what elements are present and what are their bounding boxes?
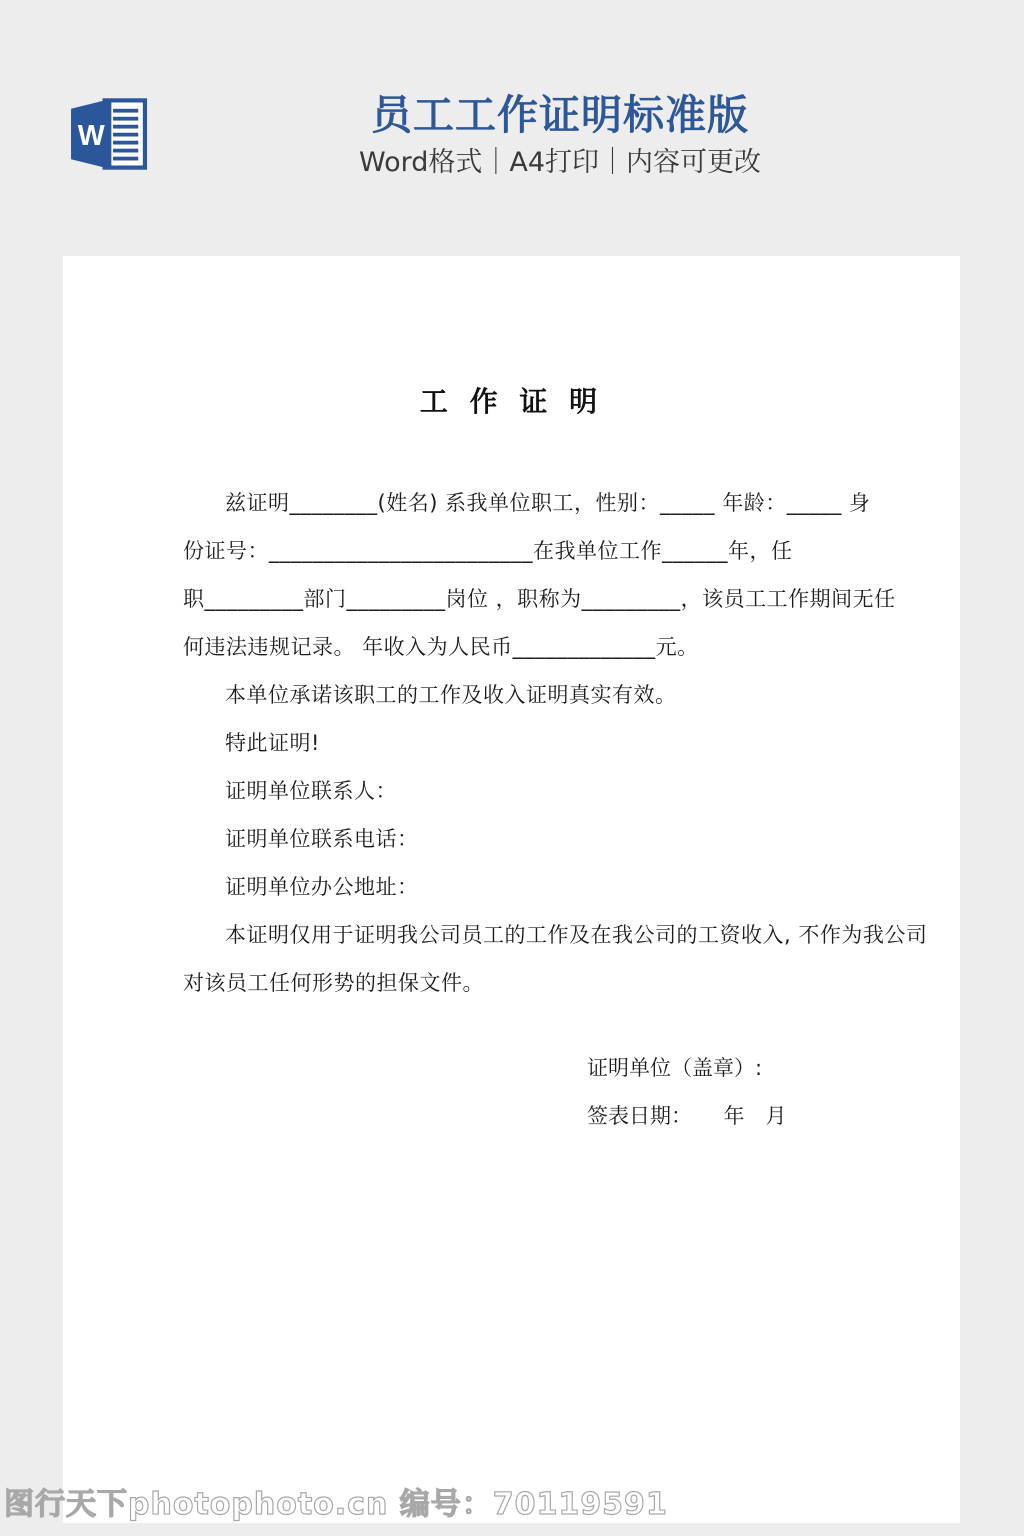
body-line: 本单位承诺该职工的工作及收入证明真实有效。 bbox=[183, 671, 873, 719]
template-title: 员工工作证明标准版 bbox=[310, 92, 810, 139]
signature-unit-line: 证明单位（盖章）: bbox=[587, 1044, 787, 1092]
signature-date-line: 签表日期： 年 月 bbox=[587, 1092, 787, 1140]
body-line: 证明单位办公地址： bbox=[183, 863, 873, 911]
signature-block: 证明单位（盖章）: 签表日期： 年 月 bbox=[587, 1044, 787, 1140]
body-line: 特此证明! bbox=[183, 719, 873, 767]
page-canvas: W 员工工作证明标准版 Word格式｜A4打印｜内容可更改 工 作 证 明 兹证… bbox=[0, 0, 1024, 1536]
body-line: 证明单位联系人： bbox=[183, 767, 873, 815]
word-logo-icon: W bbox=[62, 92, 154, 176]
body-line: 本证明仅用于证明我公司员工的工作及在我公司的工资收入, 不作为我公司 bbox=[183, 911, 873, 959]
document-page: 工 作 证 明 兹证明________(姓名) 系我单位职工，性别：_____ … bbox=[63, 256, 960, 1523]
body-line: 证明单位联系电话： bbox=[183, 815, 873, 863]
template-subtitle: Word格式｜A4打印｜内容可更改 bbox=[310, 148, 810, 178]
svg-text:W: W bbox=[78, 120, 105, 152]
document-body: 兹证明________(姓名) 系我单位职工，性别：_____ 年龄：_____… bbox=[183, 479, 873, 1007]
body-line: 兹证明________(姓名) 系我单位职工，性别：_____ 年龄：_____… bbox=[183, 479, 873, 527]
body-line: 职_________部门_________岗位 ，职称为_________，该员… bbox=[183, 575, 873, 623]
watermark-text: 图行天下photophoto.cn 编号：70119591 bbox=[4, 1486, 1024, 1524]
body-line: 份证号：________________________在我单位工作______… bbox=[183, 527, 873, 575]
body-line: 对该员工任何形势的担保文件。 bbox=[183, 959, 873, 1007]
body-line: 何违法违规记录。 年收入为人民币_____________元。 bbox=[183, 623, 873, 671]
document-title: 工 作 证 明 bbox=[63, 380, 960, 420]
header-text: 员工工作证明标准版 Word格式｜A4打印｜内容可更改 bbox=[310, 92, 810, 178]
